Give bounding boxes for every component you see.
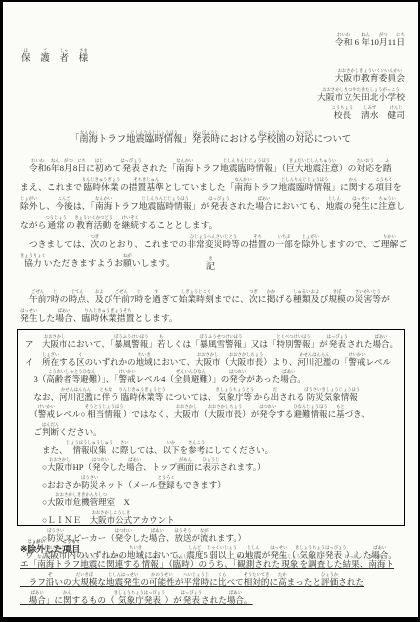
ruby-text: 日にち bbox=[396, 37, 405, 47]
ruby-text: 過す bbox=[152, 294, 161, 304]
ruby-text: 区く bbox=[76, 357, 85, 367]
excluded-items-body: エ「南海なんかいトラフ地震じしんに関連かんれんする情報じょうほう」（臨時りんじ）… bbox=[20, 554, 404, 609]
ruby-text: 地震じしん bbox=[326, 201, 344, 211]
ruby-text: 出だ bbox=[271, 392, 280, 402]
closure-criteria-box: ア 大阪市おおさかしにおいて、「暴風警報ぼうふうけいほう」若もしくは「暴風雪警報… bbox=[17, 329, 405, 526]
text-line: つきましては、次つぎのとおり、これまでの非常変災時等ひじょうへんさいじとうの措置… bbox=[20, 234, 404, 253]
ruby-text: 情報収集じょうほうしゅうしゅう bbox=[68, 445, 112, 455]
ruby-text: 令和れいわ bbox=[29, 163, 47, 173]
text-line: 場合ばあい」に関かんするもの（気象庁発表きしょうちょうはっぴょう）が発表はっぴょ… bbox=[20, 590, 404, 608]
ruby-text: 除外じょがい bbox=[302, 239, 320, 249]
ruby-text: 南海なんかい bbox=[95, 201, 113, 211]
ruby-text: 関かん bbox=[349, 182, 358, 192]
ruby-text: 所在しょざい bbox=[42, 357, 59, 367]
ruby-text: 月がつ bbox=[64, 163, 73, 173]
ruby-text: 場合ばあい bbox=[280, 374, 297, 384]
ruby-text: 臨時休業等りんじきゅうぎょうとう bbox=[119, 392, 165, 402]
ruby-text: 画面がめん bbox=[177, 462, 194, 472]
ruby-text: 情報じょうほう bbox=[140, 559, 159, 569]
ruby-text: 理解りかい bbox=[381, 239, 399, 249]
ruby-text: 今後こんご bbox=[55, 201, 73, 211]
ruby-text: 可能性かのうせい bbox=[149, 577, 175, 587]
ruby-text: 発令はつれい bbox=[115, 533, 132, 543]
text-line: なお、河川氾濫かせんはんらんに伴ともなう臨時休業等りんじきゅうぎょうとうについて… bbox=[25, 387, 397, 405]
ruby-text: 地震臨時情報じしんりんじじょうほう bbox=[139, 201, 192, 211]
ruby-text: 時点じてん bbox=[68, 294, 86, 304]
ruby-text: 場合ばあい bbox=[55, 313, 73, 323]
ruby-text: 大阪市教育委員会おおさかしきょういくいいんかい bbox=[335, 73, 405, 83]
ruby-text: 様さま bbox=[79, 53, 89, 64]
ruby-text: 災害等さいがいとう bbox=[355, 294, 381, 304]
ruby-text: 踏ふ bbox=[383, 163, 392, 173]
ruby-text: 地震臨時情報じしんりんじじょうほう bbox=[278, 182, 331, 192]
ruby-text: 措置そち bbox=[249, 239, 267, 249]
ruby-text: 表示ひょうじ bbox=[202, 462, 219, 472]
ruby-text: 大阪市公式おおさかしこうしき bbox=[90, 515, 133, 525]
text-line: ア 大阪市おおさかしにおいて、「暴風警報ぼうふうけいほう」若もしくは「暴風雪警報… bbox=[25, 334, 397, 352]
ruby-text: 基もと bbox=[336, 409, 345, 419]
ruby-text: 大阪市おおさかし bbox=[47, 462, 73, 472]
ruby-text: 始業時刻しぎょうじこく bbox=[179, 294, 214, 304]
ruby-text: 調査ちょうさ bbox=[308, 559, 325, 569]
ruby-text: 放送ほうそう bbox=[174, 533, 191, 543]
text-line: ○おおさか防災ぼうさいネット（メール登録とうろくもできます） bbox=[25, 475, 397, 493]
ruby-text: 及およ bbox=[95, 294, 104, 304]
ruby-text: 関かん bbox=[63, 595, 72, 605]
ruby-text: 相対的そうたいてき bbox=[244, 577, 270, 587]
document-date: 令和れいわ 6 年ねん10月がつ11日にち bbox=[335, 32, 405, 50]
text-line: 令和れいわ6年ねん8月がつ8日にちに初はじめて発表はっぴょうされた「南海なんかい… bbox=[20, 158, 404, 177]
recipient-line: 保ほ 護ご 者しゃ 様さま bbox=[21, 48, 88, 67]
ruby-text: 観測かんそく bbox=[237, 559, 254, 569]
ruby-text: 臨時休業りんじきゅうぎょう bbox=[82, 182, 120, 192]
ruby-text: 警戒けいかい bbox=[348, 357, 365, 367]
ruby-text: 高たか bbox=[278, 577, 287, 587]
text-line: ご判断はんだんください。 bbox=[25, 422, 397, 440]
ruby-text: 沿ぞ bbox=[46, 577, 55, 587]
ruby-text: 南海なんかい bbox=[234, 182, 252, 192]
text-line: 除外じょがいし、今後こんごは、「南海なんかいトラフ地震臨時情報じしんりんじじょう… bbox=[20, 196, 404, 215]
ruby-text: 評価ひょうか bbox=[321, 577, 338, 587]
ruby-text: 初はじ bbox=[95, 163, 104, 173]
ruby-text: 大阪市長おおさかしちょう bbox=[229, 357, 263, 367]
ruby-text: 対応たいおう bbox=[295, 135, 314, 145]
ruby-text: 規模きぼ bbox=[328, 294, 346, 304]
ruby-text: 年ねん bbox=[361, 37, 370, 47]
text-line: 3（高齢者等避難こうれいしゃとうひなん）」、「警戒けいかいレベル4（全員避難ぜん… bbox=[25, 369, 397, 387]
ruby-text: 対応たいおう bbox=[356, 163, 374, 173]
ruby-text: 河川氾濫かせんはんらん bbox=[59, 392, 93, 402]
ruby-text: 午前ごぜん bbox=[29, 294, 47, 304]
ruby-text: 種類しゅるい bbox=[293, 294, 311, 304]
ruby-text: 日にち bbox=[77, 163, 86, 173]
ruby-text: 学校園がっこうえん bbox=[257, 135, 285, 145]
ruby-text: 場合ばあい bbox=[227, 595, 244, 605]
ruby-text: 及およ bbox=[311, 294, 320, 304]
ruby-text: 南海なんかい bbox=[176, 163, 194, 173]
ruby-text: 非常変災時等ひじょうへんさいじとう bbox=[187, 239, 240, 249]
ruby-text: 場合ばあい bbox=[29, 595, 46, 605]
text-line: ラフ沿ぞいの大規模だいきぼな地震発生じしんはっせいの可能性かのうせいが平常時へい… bbox=[20, 572, 404, 590]
ruby-text: 項目こうもく bbox=[63, 544, 81, 554]
ruby-text: 発令はつれい bbox=[259, 409, 276, 419]
ruby-text: 措置基準そちきじゅん bbox=[129, 182, 164, 192]
text-line: 午前ごぜん7時じの時点じてん、及および午前ごぜん7時じを過すぎて始業時刻しぎょう… bbox=[20, 289, 404, 308]
ruby-text: 地震臨時情報じしんりんじじょうほう bbox=[126, 135, 182, 145]
text-line: まえ、これまで臨時休業りんじきゅうぎょうの措置基準そちきじゅんとしていました「南… bbox=[20, 177, 404, 196]
text-line: ○大阪市危機管理室おおさかしききかんりしつ X bbox=[25, 492, 397, 510]
ruby-text: 発表時はっぴょうじ bbox=[192, 135, 220, 145]
ruby-text: 南海なんかい bbox=[368, 559, 385, 569]
ruby-text: 次つぎ bbox=[249, 294, 258, 304]
ruby-text: 除外じょがい bbox=[27, 544, 45, 554]
ruby-text: 関連かんれん bbox=[106, 559, 123, 569]
ruby-text: 臨時りんじ bbox=[173, 559, 190, 569]
ruby-text: 流なが bbox=[200, 533, 209, 543]
text-line: 大阪市立矢田北小学校おおさかしりつやたきたしょうがっこう bbox=[317, 87, 405, 106]
ruby-text: 参考さんこう bbox=[188, 445, 205, 455]
ruby-text: 南海なんかい bbox=[37, 559, 54, 569]
text-line: 大阪市教育委員会おおさかしきょういくいいんかい bbox=[317, 68, 405, 87]
ruby-text: 記き bbox=[206, 261, 215, 271]
ruby-text: 巨大地震注意きょだいじしんちゅうい bbox=[286, 163, 339, 173]
ki-marker: 記き bbox=[3, 256, 418, 274]
ruby-text: 健司けんじ bbox=[387, 110, 405, 120]
ruby-text: 警戒けいかい bbox=[38, 409, 55, 419]
text-line: イ 所在しょざいする区くのいずれかの地域ちいきにおいて、大阪市おおさかし（大阪市… bbox=[25, 352, 397, 370]
ruby-text: 項目こうもく bbox=[375, 182, 393, 192]
text-line: ながら通常つうじょうの教育活動きょういくかつどうを継続けいぞくすることとします。 bbox=[20, 215, 404, 234]
ruby-text: 発表はっぴょう bbox=[121, 163, 141, 173]
ruby-text: 南海なんかい bbox=[79, 135, 98, 145]
ruby-text: 地震じしん bbox=[80, 559, 97, 569]
ruby-text: 気象庁等きしょうちょうとう bbox=[216, 392, 254, 402]
ruby-text: 暴風雪警報ぼうふうせつけいほう bbox=[199, 339, 242, 349]
ruby-text: 令和れいわ bbox=[335, 37, 353, 47]
ruby-text: 大阪市おおさかし bbox=[42, 339, 68, 349]
ruby-text: 発表はっぴょう bbox=[328, 339, 347, 349]
ruby-text: 避難情報ひなんじょうほう bbox=[293, 409, 327, 419]
ruby-text: 発表はっぴょう bbox=[182, 595, 201, 605]
ruby-text: 現象げんしょう bbox=[280, 559, 299, 569]
ruby-text: 河川氾濫かせんはんらん bbox=[297, 357, 331, 367]
ruby-text: 教育活動きょういくかつどう bbox=[75, 220, 113, 230]
intro-paragraph: 令和れいわ6年ねん8月がつ8日にちに初はじめて発表はっぴょうされた「南海なんかい… bbox=[20, 158, 404, 272]
ruby-text: 平常時へいじょうじ bbox=[183, 577, 209, 587]
text-line: ○ＬＩＮＥ 大阪市公式おおさかしこうしきアカウント bbox=[25, 510, 397, 528]
ruby-text: 発生はっせい bbox=[352, 201, 370, 211]
ruby-text: 地震臨時情報じしんりんじじょうほう bbox=[220, 163, 273, 173]
document-title: 「南海なんかいトラフ地震臨時情報じしんりんじじょうほう」発表時はっぴょうじにおけ… bbox=[3, 130, 418, 149]
ruby-text: 暴風警報ぼうふうけいほう bbox=[114, 339, 148, 349]
text-line: （警戒けいかいレベル○相当情報そうとうじょうほう）ではなく、大阪市おおさかし（大… bbox=[25, 404, 397, 422]
ruby-text: 若も bbox=[157, 339, 166, 349]
ruby-text: 登録とうろく bbox=[158, 480, 175, 490]
document-page: 令和れいわ 6 年ねん10月がつ11日にち 保ほ 護ご 者しゃ 様さま 大阪市教… bbox=[0, 0, 420, 622]
ruby-text: 大阪市おおさかし bbox=[195, 357, 221, 367]
ruby-text: 午前ごぜん bbox=[113, 294, 131, 304]
ruby-text: 時じ bbox=[135, 294, 144, 304]
ruby-text: 防災ぼうさい bbox=[81, 480, 98, 490]
ruby-text: 大阪市危機管理室おおさかしききかんりしつ bbox=[47, 497, 115, 507]
ruby-text: 場合ばあい bbox=[126, 462, 143, 472]
ruby-text: 継続けいぞく bbox=[121, 220, 139, 230]
text-line: 校長こうちょう 清水しみず 健司けんじ bbox=[317, 105, 405, 124]
ruby-text: 大阪市おおさかし bbox=[174, 409, 200, 419]
ruby-text: 校長こうちょう bbox=[332, 110, 353, 120]
text-line: また、情報収集じょうほうしゅうしゅうに際さいしては、以下いかを参考さんこうにして… bbox=[25, 440, 397, 458]
ruby-text: 全員避難ぜんいんひなん bbox=[174, 374, 208, 384]
ruby-text: 特別警報とくべつけいほう bbox=[276, 339, 310, 349]
ruby-text: 場合ばあい bbox=[372, 339, 389, 349]
ruby-text: 地震発生じしんはっせい bbox=[106, 577, 140, 587]
ruby-text: 伴ともな bbox=[102, 392, 111, 402]
ruby-text: 清水しみず bbox=[361, 110, 379, 120]
ruby-text: 保ほ bbox=[21, 53, 31, 64]
ruby-text: 大規模だいきぼ bbox=[72, 577, 98, 587]
ruby-text: 発表はっぴょう bbox=[209, 201, 229, 211]
ruby-text: 注意ちゅうい bbox=[378, 201, 396, 211]
ruby-text: 次つぎ bbox=[90, 239, 99, 249]
ruby-text: 判断はんだん bbox=[42, 427, 59, 437]
ruby-text: 比くら bbox=[218, 577, 227, 587]
ruby-text: 月がつ bbox=[379, 37, 388, 47]
ruby-text: 掲かか bbox=[267, 294, 276, 304]
ruby-text: 場合ばあい bbox=[149, 533, 166, 543]
ruby-text: 地域ちいき bbox=[136, 357, 153, 367]
ruby-text: 以下いか bbox=[163, 445, 180, 455]
text-line: ○防災ぼうさいスピーカー（発令はつれいした場合ばあい、放送ほうそうが流ながれます… bbox=[25, 528, 397, 546]
ruby-text: 大阪市立矢田北小学校おおさかしりつやたきたしょうがっこう bbox=[317, 92, 405, 102]
ruby-text: 除外じょがい bbox=[20, 201, 38, 211]
ruby-text: 一部いちぶ bbox=[275, 239, 293, 249]
ruby-text: 警戒けいかい bbox=[119, 374, 136, 384]
text-line: エ「南海なんかいトラフ地震じしんに関連かんれんする情報じょうほう」（臨時りんじ）… bbox=[20, 554, 404, 572]
ruby-text: 高齢者等避難こうれいしゃとうひなん bbox=[46, 374, 97, 384]
ruby-text: 者しゃ bbox=[59, 53, 69, 64]
ruby-text: 時じ bbox=[51, 294, 60, 304]
lead-paragraph: 午前ごぜん7時じの時点じてん、及および午前ごぜん7時じを過すぎて始業時刻しぎょう… bbox=[20, 289, 404, 327]
ruby-text: 通常つうじょう bbox=[46, 220, 66, 230]
ruby-text: 大阪市長おおさかしちょう bbox=[208, 409, 242, 419]
ruby-text: 相当情報そうとうじょうほう bbox=[86, 409, 124, 419]
ruby-text: 気象庁発表きしょうちょうはっぴょう bbox=[115, 595, 165, 605]
ruby-text: 発令はつれい bbox=[229, 374, 246, 384]
ruby-text: 年ねん bbox=[51, 163, 60, 173]
ruby-text: 際さい bbox=[120, 445, 129, 455]
ruby-text: 場合ばあい bbox=[255, 201, 273, 211]
ruby-text: 発令はつれい bbox=[92, 462, 109, 472]
text-line: ○大阪市おおさかしHP（発令はつれいした場合ばあい、トップ画面がめんに表示ひょう… bbox=[25, 457, 397, 475]
ruby-text: 結果けっか bbox=[343, 559, 360, 569]
ruby-text: 防災気象情報ぼうさいきしょうじょうほう bbox=[305, 392, 360, 402]
ruby-text: 発生はっせい bbox=[20, 313, 38, 323]
sender-block: 大阪市教育委員会おおさかしきょういくいいんかい大阪市立矢田北小学校おおさかしりつ… bbox=[317, 68, 405, 124]
ruby-text: 臨時休業措置りんじきゅうぎょうそち bbox=[82, 313, 135, 323]
text-line: 発生はっせいした場合ばあい、臨時休業措置りんじきゅうぎょうそちとします。 bbox=[20, 308, 404, 327]
ruby-text: 護ご bbox=[40, 53, 50, 64]
